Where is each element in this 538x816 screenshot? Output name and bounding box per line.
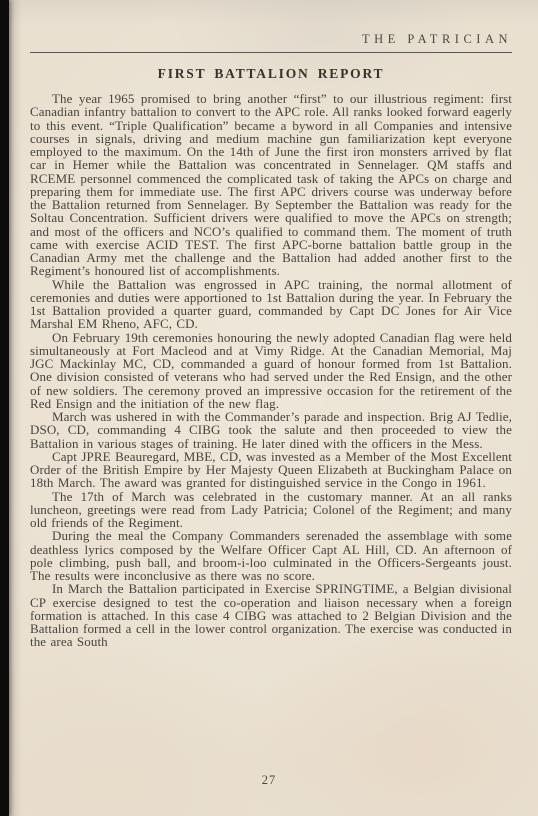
- paragraph: During the meal the Company Commanders s…: [30, 529, 512, 582]
- running-header: THE PATRICIAN: [30, 32, 512, 47]
- paragraph: March was ushered in with the Commander’…: [30, 410, 512, 450]
- paragraph: In March the Battalion participated in E…: [30, 582, 512, 648]
- paragraph: Capt JPRE Beauregard, MBE, CD, was inves…: [30, 450, 512, 490]
- header-rule: [30, 52, 512, 53]
- page-number: 27: [0, 773, 538, 788]
- paragraph: The 17th of March was celebrated in the …: [30, 490, 512, 530]
- paragraph: The year 1965 promised to bring another …: [30, 92, 512, 278]
- paragraph: On February 19th ceremonies honouring th…: [30, 331, 512, 411]
- scanner-edge-strip: [0, 0, 9, 816]
- paragraph: While the Battalion was engrossed in APC…: [30, 278, 512, 331]
- page-title: FIRST BATTALION REPORT: [30, 66, 512, 82]
- page-content: THE PATRICIAN FIRST BATTALION REPORT The…: [30, 0, 512, 770]
- scanned-page: THE PATRICIAN FIRST BATTALION REPORT The…: [0, 0, 538, 816]
- article-body: The year 1965 promised to bring another …: [30, 92, 512, 770]
